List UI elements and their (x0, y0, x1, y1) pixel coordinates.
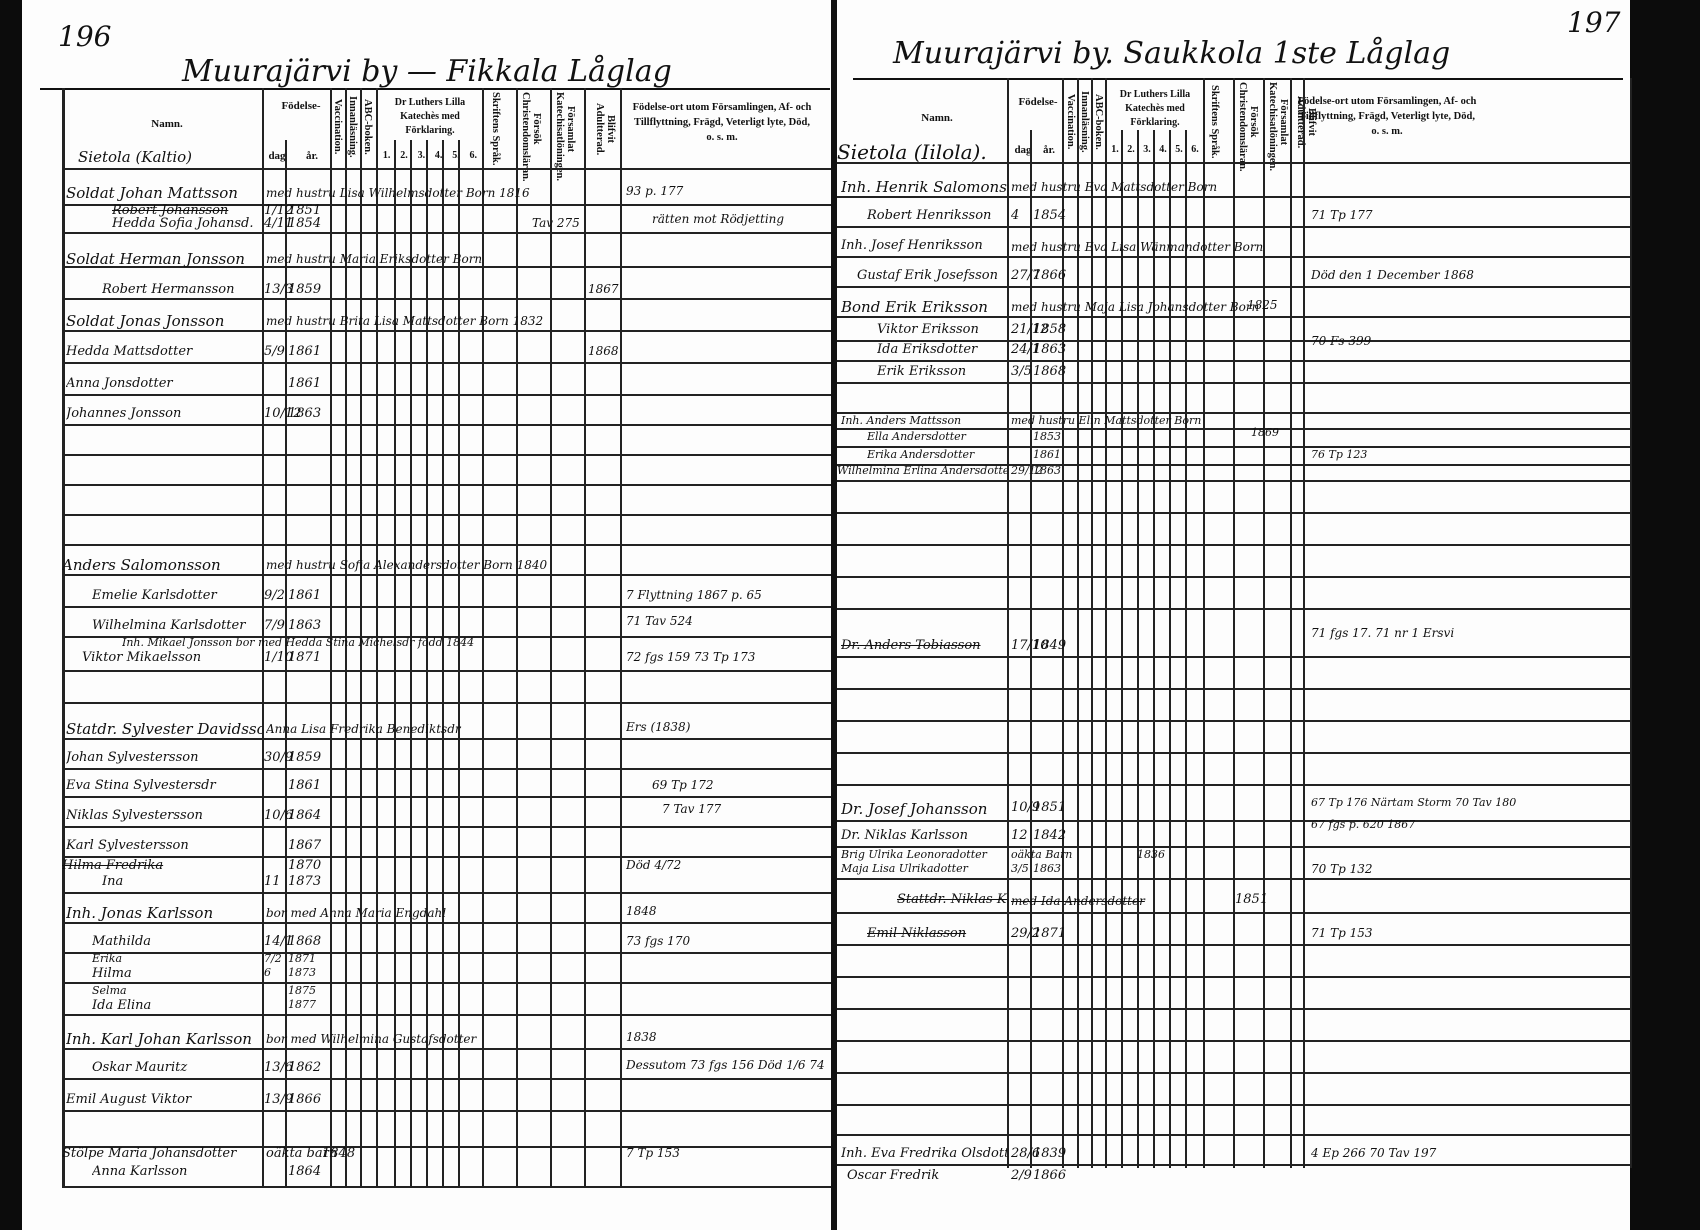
entry-year: 1867 (288, 838, 321, 853)
row-line (837, 256, 1630, 258)
entry-year: 1866 (1033, 268, 1066, 283)
entry-day: 2/9 (1011, 1168, 1032, 1183)
entry-day: 5/9 (264, 344, 285, 359)
entry-note: med hustru Eva Lisa Wänmandotter Born (1011, 240, 1301, 254)
column-header-vaccination: Vaccination. (1065, 82, 1076, 162)
entry-name: Bond Erik Eriksson (841, 298, 1007, 316)
row-line (837, 576, 1630, 578)
entry-note: med hustru Elin Mattsdotter Born (1011, 414, 1291, 427)
entry-year: 1868 (288, 934, 321, 949)
column-header-abc: ABC-boken. (1093, 82, 1104, 162)
column-header-forsta-christendom: Försök Christendomsläran. (520, 92, 542, 166)
column-header-fodelseort: Födelse-ort utom Församlingen, Af- och T… (632, 100, 812, 145)
row-line (837, 1008, 1630, 1010)
entry-name: Inh. Karl Johan Karlsson (66, 1030, 262, 1048)
grid-vline (1007, 78, 1009, 1168)
grid-left-border (62, 88, 65, 1188)
entry-name: Oskar Mauritz (92, 1060, 262, 1075)
entry-year: 1836 (1137, 848, 1165, 861)
row-line (62, 330, 832, 332)
column-header-innanlasning: Innanläsning. (347, 92, 358, 162)
entry-year: 1839 (1033, 1146, 1066, 1161)
grid-vline (1303, 78, 1305, 1168)
entry-year: 1873 (288, 874, 321, 889)
row-line (62, 1048, 832, 1050)
row-line (837, 544, 1630, 546)
entry-name: Robert Henriksson (867, 208, 1007, 223)
entry-note: med hustru Lisa Wilhelmsdotter Born 1816 (266, 186, 620, 200)
right-page: 197 Muurajärvi by. Saukkola 1ste Låglag … (837, 0, 1630, 1230)
column-header-fodelseort: Födelse-ort utom Församlingen, Af- och T… (1297, 94, 1477, 139)
entry-year: 1853 (1033, 430, 1061, 443)
entry-note: med hustru Maria Eriksdotter Born (266, 252, 620, 266)
entry-name: Stattdr. Niklas Karlsson (897, 892, 1007, 907)
entry-name: Inh. Anders Mattsson (841, 414, 1007, 427)
entry-remark: 76 Tp 123 (1311, 448, 1367, 461)
row-line (837, 752, 1630, 754)
entry-day: 7/2 (264, 952, 282, 965)
header-top-rule (40, 88, 830, 90)
entry-remark: 7 Flyttning 1867 p. 65 (626, 588, 826, 602)
entry-remark: 70 Tp 132 (1311, 862, 1373, 876)
entry-year: 1866 (288, 1092, 321, 1107)
entry-name: Robert Hermansson (102, 282, 262, 297)
page-number-right: 197 (1567, 6, 1620, 39)
entry-year: 1848 (322, 1146, 355, 1161)
entry-note: bor med Anna Maria Engdahl (266, 906, 620, 920)
entry-year: 1863 (288, 406, 321, 421)
column-header-skriftens: Skriftens Språk. (1209, 82, 1220, 162)
entry-name: Emil Niklasson (867, 926, 1007, 941)
entry-year: 1861 (288, 344, 321, 359)
column-header-forsamlat-katekes: Församlat Katechisatlöningen. (1267, 82, 1289, 162)
row-line (837, 286, 1630, 288)
entry-year: 1851 (1235, 892, 1268, 907)
row-line (62, 424, 832, 426)
entry-year: 1861 (288, 588, 321, 603)
column-header-namn: Namn. (122, 118, 212, 131)
entry-year: 1863 (1033, 342, 1066, 357)
row-line (837, 1072, 1630, 1074)
entry-day: 9/2 (264, 588, 285, 603)
entry-name: Ina (102, 874, 262, 889)
katekes-number: 5. (1175, 144, 1183, 155)
entry-name: Niklas Sylvestersson (66, 808, 262, 823)
katekes-number: 1. (383, 150, 391, 161)
village-heading-right: Muurajärvi by. Saukkola 1ste Låglag (893, 36, 1450, 71)
entry-year: 1863 (1033, 464, 1061, 477)
entry-year: 1851 (1033, 800, 1066, 815)
row-line (62, 232, 832, 234)
column-header-forsamlat-katekes: Församlat Katechisatlöningen. (554, 92, 576, 166)
entry-note: med hustru Eva Mattsdotter Born (1011, 180, 1301, 194)
entry-year: 1859 (288, 282, 321, 297)
row-line (837, 688, 1630, 690)
entry-remark: 4 Ep 266 70 Tav 197 (1311, 1146, 1621, 1160)
entry-day: 6 (264, 966, 271, 979)
entry-year: 1870 (288, 858, 321, 873)
entry-name: Viktor Eriksson (877, 322, 1007, 337)
entry-day: 3/5 (1011, 862, 1029, 875)
entry-remark: 93 p. 177 (626, 184, 826, 198)
row-line (62, 574, 832, 576)
katekes-number: 3. (1143, 144, 1151, 155)
scan-edge-left (0, 0, 22, 1230)
grid-header-bottom (837, 162, 1630, 164)
entry-note: Tav 275 (532, 216, 580, 230)
entry-year: 1863 (1033, 862, 1061, 875)
entry-year: 1864 (288, 1164, 321, 1179)
entry-name: Hilma (92, 966, 262, 981)
entry-remark: 1838 (626, 1030, 826, 1044)
column-header-skriftens: Skriftens Språk. (490, 92, 501, 166)
row-line (62, 362, 832, 364)
entry-note: med Ida Andersdotter (1011, 894, 1231, 908)
entry-year: 1864 (288, 808, 321, 823)
name-header-note: Sietola (Iilola). (837, 140, 1007, 164)
row-line (837, 512, 1630, 514)
entry-remark: 7 Tp 153 (626, 1146, 826, 1160)
entry-note: med hustru Brita Lisa Mattsdotter Born 1… (266, 314, 620, 328)
entry-year: 1861 (288, 376, 321, 391)
row-line (837, 878, 1630, 880)
entry-name: Anna Jonsdotter (66, 376, 262, 391)
katekes-number: 4. (1159, 144, 1167, 155)
row-line (837, 196, 1630, 198)
entry-name: Inh. Josef Henriksson (841, 238, 1007, 253)
row-line (62, 1110, 832, 1112)
entry-name: Stölpe Maria Johansdotter (62, 1146, 262, 1161)
entry-year: 1863 (288, 618, 321, 633)
entry-remark: 71 Tav 524 (626, 614, 826, 628)
row-line (62, 796, 832, 798)
row-line (62, 1186, 832, 1188)
entry-note: oäkta Barn (1011, 848, 1072, 861)
row-line (837, 316, 1630, 318)
entry-remark: 71 Tp 153 (1311, 926, 1373, 940)
entry-name: Erika (92, 952, 262, 965)
entry-year: 1871 (288, 650, 321, 665)
entry-name: Erik Eriksson (877, 364, 1007, 379)
column-header-namn: Namn. (897, 112, 977, 125)
entry-remark: 67 fgs p. 620 1867 (1311, 818, 1415, 831)
row-line (62, 768, 832, 770)
entry-remark: rätten mot Rödjetting (652, 212, 784, 226)
row-line (837, 226, 1630, 228)
entry-note: bor med Wilhelmina Gustafsdotter (266, 1032, 620, 1046)
row-line (837, 784, 1630, 786)
grid-vline (620, 88, 622, 1188)
entry-name: Inh. Eva Fredrika Olsdotter (841, 1146, 1007, 1161)
row-line (62, 892, 832, 894)
entry-year: 1859 (288, 750, 321, 765)
entry-day: 7/9 (264, 618, 285, 633)
row-line (837, 1040, 1630, 1042)
entry-name: Viktor Mikaelsson (82, 650, 262, 665)
entry-year: 1861 (288, 778, 321, 793)
row-line (62, 454, 832, 456)
row-line (62, 826, 832, 828)
entry-year: 1854 (1033, 208, 1066, 223)
row-line (837, 656, 1630, 658)
row-line (62, 702, 832, 704)
entry-name: Ida Elina (92, 998, 262, 1013)
entry-remark: Död 4/72 (626, 858, 826, 872)
entry-year: 1871 (288, 952, 316, 965)
entry-name: Gustaf Erik Josefsson (857, 268, 1007, 283)
column-header-ar: år. (1035, 144, 1063, 157)
village-heading-left: Muurajärvi by — Fikkala Låglag (182, 54, 672, 89)
page-number-left: 196 (58, 20, 111, 53)
row-line (62, 1014, 832, 1016)
row-line (62, 298, 832, 300)
row-line (837, 480, 1630, 482)
row-line (837, 976, 1630, 978)
entry-remark: 70 Fs 399 (1311, 334, 1371, 348)
entry-name: Ella Andersdotter (867, 430, 1007, 443)
entry-remark: 69 Tp 172 (652, 778, 822, 792)
entry-name: Soldat Jonas Jonsson (66, 312, 262, 330)
row-line (837, 1164, 1630, 1166)
row-line (837, 820, 1630, 822)
entry-name: Inh. Henrik Salomonsson (841, 178, 1007, 196)
entry-remark: 71 fgs 17. 71 nr 1 Ersvi (1311, 626, 1621, 640)
entry-name: Dr. Anders Tobiasson (841, 638, 1007, 653)
entry-name: Soldat Herman Jonsson (66, 250, 262, 268)
column-header-katekes: Dr Luthers Lilla Katechès med Förklaring… (378, 96, 482, 138)
entry-year: 1861 (1033, 448, 1061, 461)
entry-name: Johan Sylvestersson (66, 750, 262, 765)
entry-name: Brig Ulrika Leonoradotter (841, 848, 1007, 861)
left-page: 196 Muurajärvi by — Fikkala Låglag Namn.… (22, 0, 831, 1230)
row-line (62, 484, 832, 486)
entry-name: Emil August Viktor (66, 1092, 262, 1107)
entry-day: 12 (1011, 828, 1028, 843)
entry-year: 1854 (288, 216, 321, 231)
entry-year: 1868 (1033, 364, 1066, 379)
katekes-number: 6. (470, 150, 478, 161)
row-line (62, 1078, 832, 1080)
row-line (837, 360, 1630, 362)
row-line (62, 922, 832, 924)
entry-name: Hedda Mattsdotter (66, 344, 262, 359)
entry-remark: 1868 (588, 344, 619, 358)
row-line (837, 1104, 1630, 1106)
katekes-number: 1. (1111, 144, 1119, 155)
column-header-fodelse: Födelse- (266, 100, 336, 113)
scan-edge-right (1630, 0, 1700, 1230)
column-header-fodelse: Födelse- (1013, 96, 1063, 109)
entry-name: Inh. Jonas Karlsson (66, 904, 262, 922)
entry-remark: 1848 (626, 904, 826, 918)
entry-remark: 1867 (588, 282, 619, 296)
entry-year: 1862 (288, 1060, 321, 1075)
entry-name: Hilma Fredrika (62, 858, 262, 873)
entry-name: Wilhelmina Erlina Andersdotter (837, 464, 1007, 477)
column-header-ar: år. (292, 150, 332, 163)
entry-name: Karl Sylvestersson (66, 838, 262, 853)
row-line (62, 514, 832, 516)
entry-year: 1866 (1033, 1168, 1066, 1183)
entry-name: Dr. Niklas Karlsson (841, 828, 1007, 843)
row-line (62, 738, 832, 740)
entry-name: Johannes Jonsson (66, 406, 262, 421)
entry-name: Ida Eriksdotter (877, 342, 1007, 357)
entry-year: 1825 (1247, 298, 1278, 312)
column-header-innanlasning: Innanläsning. (1079, 82, 1090, 162)
katekes-number: 3. (418, 150, 426, 161)
column-header-katekes: Dr Luthers Lilla Katechès med Förklaring… (1107, 88, 1203, 130)
entry-name: Mathilda (92, 934, 262, 949)
column-header-vaccination: Vaccination. (332, 92, 343, 162)
entry-name: Maja Lisa Ulrikadotter (841, 862, 1007, 875)
entry-name: Dr. Josef Johansson (841, 800, 1007, 818)
katekes-number: 2. (400, 150, 408, 161)
entry-name: Anna Karlsson (92, 1164, 262, 1179)
katekes-number: 6. (1191, 144, 1199, 155)
entry-year: 1858 (1033, 322, 1066, 337)
entry-year: 1842 (1033, 828, 1066, 843)
entry-remark: 67 Tp 176 Närtam Storm 70 Tav 180 (1311, 796, 1627, 809)
entry-remark: 72 fgs 159 73 Tp 173 (626, 650, 826, 664)
column-header-blifvit-adult: Blifvit Adultterad. (594, 92, 616, 166)
entry-name: Selma (92, 984, 262, 997)
entry-name: Wilhelmina Karlsdotter (92, 618, 262, 633)
grid-header-bottom (62, 168, 832, 170)
entry-note: med hustru Sofia Alexandersdotter Born 1… (266, 558, 620, 572)
entry-name: Emelie Karlsdotter (92, 588, 262, 603)
entry-year: 1849 (1033, 638, 1066, 653)
entry-name: Hedda Sofia Johansd. (112, 216, 262, 231)
entry-remark: Ers (1838) (626, 720, 826, 734)
row-line (62, 394, 832, 396)
entry-note: Inh. Mikael Jonsson bor med Hedda Stina … (122, 636, 612, 649)
row-line (837, 720, 1630, 722)
entry-name: Statdr. Sylvester Davidsson (66, 720, 262, 738)
entry-name: Eva Stina Sylvestersdr (66, 778, 262, 793)
entry-remark: Dessutom 73 fgs 156 Död 1/6 74 (626, 1058, 826, 1072)
grid-right-border (1630, 78, 1632, 1168)
entry-day: 4 (1011, 208, 1019, 223)
name-header-note: Sietola (Kaltio) (78, 148, 192, 166)
column-header-forsta-christendom: Försök Christendomsläran. (1237, 82, 1259, 162)
entry-note: Anna Lisa Fredrika Benediktsdr (266, 722, 620, 736)
entry-remark: 71 Tp 177 (1311, 208, 1373, 222)
entry-year: 1875 (288, 984, 316, 997)
entry-remark: Död den 1 December 1868 (1311, 268, 1621, 282)
entry-name: Anders Salomonsson (62, 556, 262, 574)
row-line (837, 912, 1630, 914)
katekes-number: 2. (1127, 144, 1135, 155)
entry-year: 1877 (288, 998, 316, 1011)
entry-name: Soldat Johan Mattsson (66, 184, 262, 202)
entry-day: 11 (264, 874, 281, 889)
entry-name: Oscar Fredrik (847, 1168, 1007, 1183)
entry-year: 1873 (288, 966, 316, 979)
row-line (62, 544, 832, 546)
entry-remark: 1869 (1251, 426, 1279, 439)
row-line (837, 1134, 1630, 1136)
row-line (837, 608, 1630, 610)
entry-name: Erika Andersdotter (867, 448, 1007, 461)
entry-remark: 73 fgs 170 (626, 934, 826, 948)
row-line (837, 382, 1630, 384)
entry-remark: 7 Tav 177 (662, 802, 822, 816)
column-header-abc: ABC-boken. (362, 92, 373, 162)
row-line (62, 670, 832, 672)
header-top-rule (853, 78, 1623, 80)
row-line (62, 606, 832, 608)
row-line (837, 944, 1630, 946)
entry-day: 3/5 (1011, 364, 1032, 379)
entry-year: 1871 (1033, 926, 1066, 941)
